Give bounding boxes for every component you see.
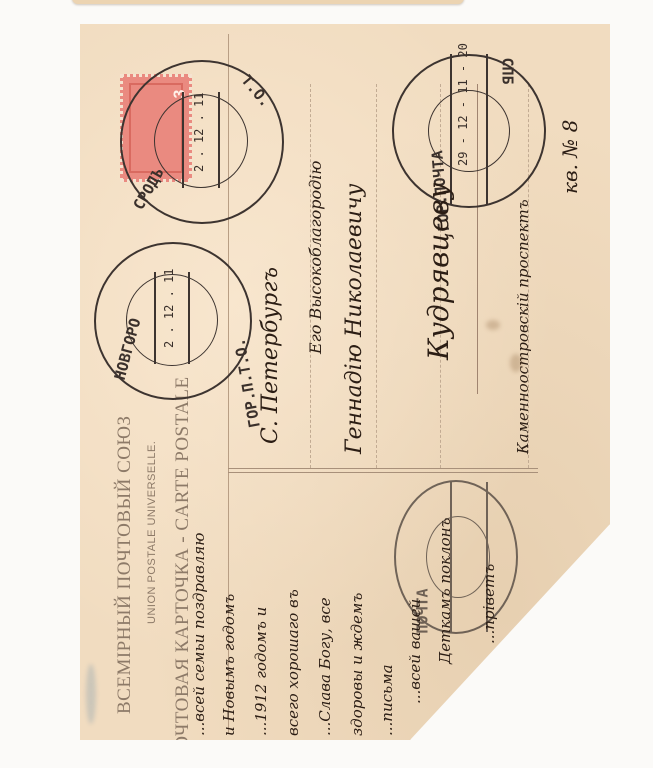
message-line: ...1912 годомъ и [252, 607, 270, 736]
postmark: 2 . 12 . 11 НОВГОРО ГОР.П.Т.О. [94, 242, 252, 400]
postmark: 2 . 12 . 11 СРОДЪ Т.О. [120, 60, 284, 224]
address-name: Геннадiю Николаевичу [342, 184, 367, 454]
address-divider-line [228, 468, 538, 469]
address-surname: Кудрявцеву [422, 183, 455, 360]
postcard: ВСЕМIРНЫЙ ПОЧТОВЫЙ СОЮЗ UNION POSTALE UN… [80, 24, 610, 740]
address-street: Каменноостровскiй проспектъ [514, 199, 532, 454]
blue-mark [86, 664, 96, 724]
message-line: и Новымъ годомъ [220, 594, 238, 736]
message-line: здоровы и ждемъ [348, 593, 366, 736]
address-city: С. Петербургъ [258, 267, 283, 444]
message-line: ...всей семьи поздравляю [190, 533, 208, 736]
ink-stain [486, 320, 500, 330]
message-line: Деткамъ поклонъ [436, 517, 454, 664]
message-line: ...Слава Богу, все [316, 597, 334, 736]
postmark: 29 - 12 - 11 - 20 ГОР.ПОЧТА СПБ [392, 54, 546, 208]
message-line: ...прiветъ [480, 564, 498, 644]
address-apartment: кв. № 8 [558, 120, 582, 194]
message-line: всего хорошаго въ [284, 589, 302, 736]
message-line: ...письма [378, 664, 396, 736]
ink-stain [510, 354, 522, 372]
address-divider-line-2 [228, 472, 538, 473]
message-line: ...всей вашей [406, 599, 424, 704]
address-honorific: Его Высокоблагородiю [306, 161, 325, 354]
address-line [376, 84, 377, 468]
printed-header-line1: ВСЕМIРНЫЙ ПОЧТОВЫЙ СОЮЗ [114, 415, 136, 714]
printed-header-line2: UNION POSTALE UNIVERSELLE. [146, 441, 158, 624]
second-postcard-edge [72, 0, 464, 4]
